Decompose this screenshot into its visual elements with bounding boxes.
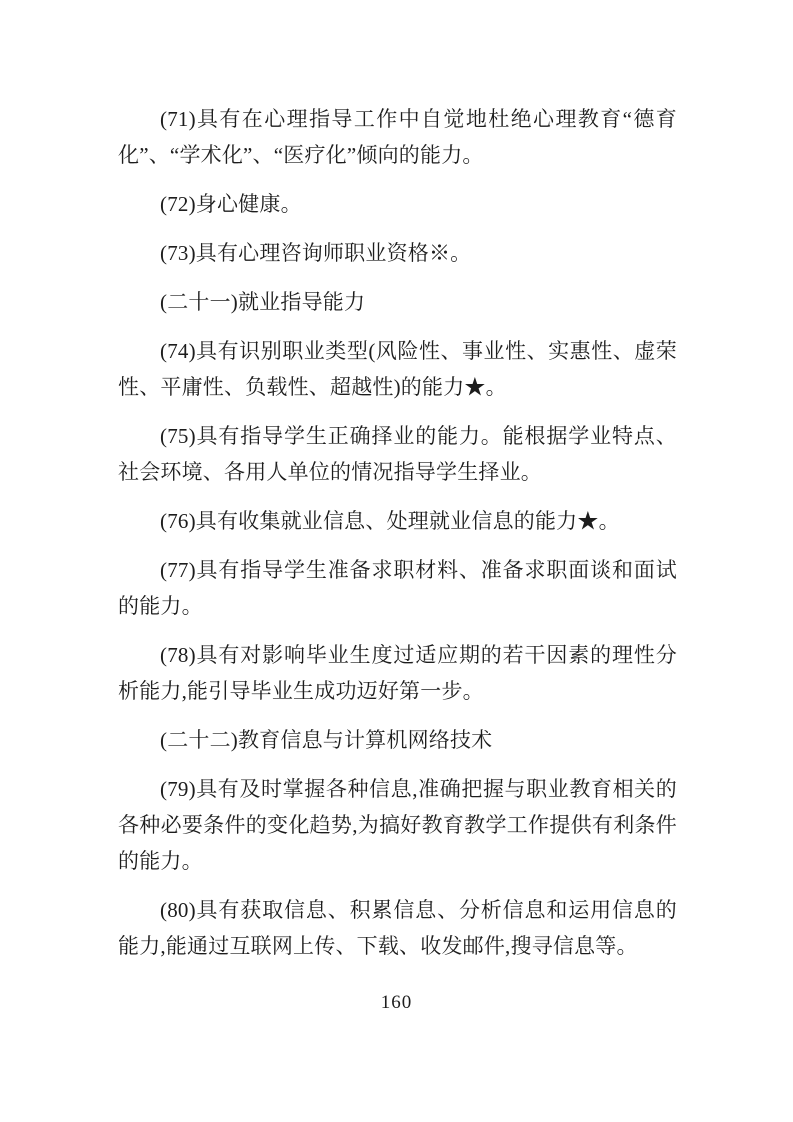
- section-heading-22: (二十二)教育信息与计算机网络技术: [118, 722, 677, 758]
- section-heading-21: (二十一)就业指导能力: [118, 284, 677, 320]
- paragraph-item-76: (76)具有收集就业信息、处理就业信息的能力★。: [118, 503, 677, 539]
- document-body: (71)具有在心理指导工作中自觉地杜绝心理教育“德育化”、“学术化”、“医疗化”…: [118, 101, 677, 964]
- paragraph-item-80: (80)具有获取信息、积累信息、分析信息和运用信息的能力,能通过互联网上传、下载…: [118, 892, 677, 964]
- paragraph-item-72: (72)身心健康。: [118, 186, 677, 222]
- paragraph-item-71: (71)具有在心理指导工作中自觉地杜绝心理教育“德育化”、“学术化”、“医疗化”…: [118, 101, 677, 173]
- page-footer: 160: [0, 989, 793, 1016]
- paragraph-item-77: (77)具有指导学生准备求职材料、准备求职面谈和面试的能力。: [118, 552, 677, 624]
- page-number: 160: [381, 992, 413, 1013]
- paragraph-item-79: (79)具有及时掌握各种信息,准确把握与职业教育相关的各种必要条件的变化趋势,为…: [118, 771, 677, 879]
- paragraph-item-78: (78)具有对影响毕业生度过适应期的若干因素的理性分析能力,能引导毕业生成功迈好…: [118, 637, 677, 709]
- paragraph-item-74: (74)具有识别职业类型(风险性、事业性、实惠性、虚荣性、平庸性、负载性、超越性…: [118, 333, 677, 405]
- paragraph-item-73: (73)具有心理咨询师职业资格※。: [118, 235, 677, 271]
- paragraph-item-75: (75)具有指导学生正确择业的能力。能根据学业特点、社会环境、各用人单位的情况指…: [118, 418, 677, 490]
